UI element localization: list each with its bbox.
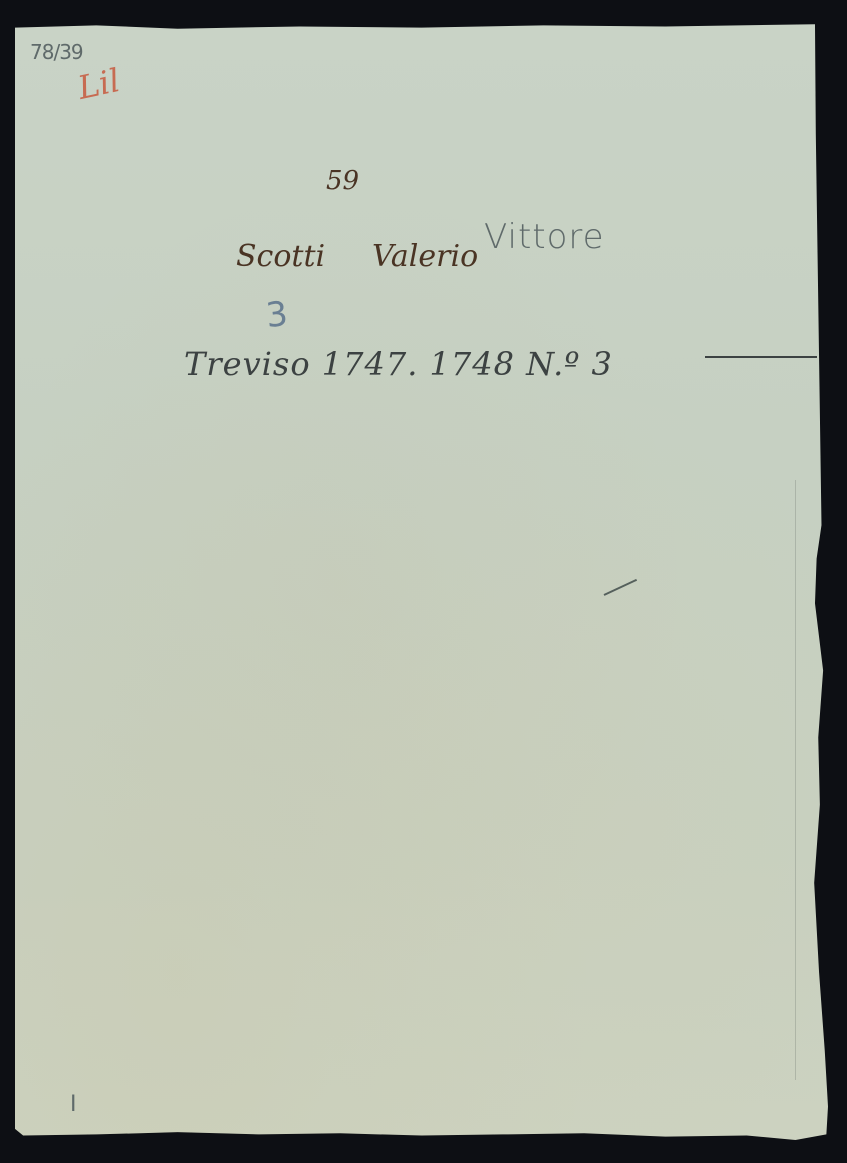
sheet-mark: I	[70, 1094, 77, 1116]
paper-sheet	[15, 22, 828, 1140]
red-pencil-mark: Lil	[75, 64, 122, 104]
added-name-pencil: Vittore	[484, 220, 605, 254]
reference-number: 78/39	[30, 42, 83, 62]
paper-fold-line	[795, 480, 796, 1080]
underline-rule	[705, 356, 817, 358]
folio-number: 59	[326, 168, 359, 194]
surname: Scotti	[236, 242, 325, 272]
given-name: Valerio	[372, 242, 478, 272]
place-and-dates: Treviso 1747. 1748 N.º 3	[184, 348, 613, 380]
blue-pencil-number: 3	[264, 297, 289, 333]
